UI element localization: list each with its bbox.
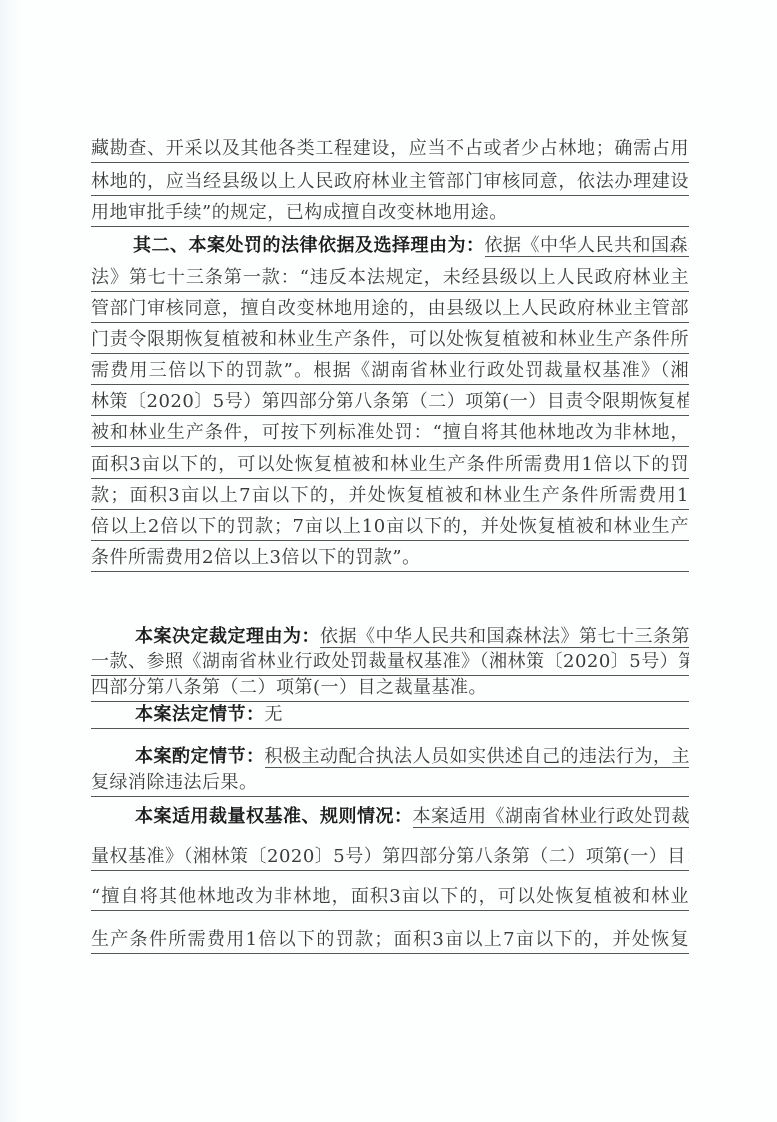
text-line: “擅自将其他林地改为非林地，面积3亩以下的，可以处恢复植被和林业	[91, 884, 689, 911]
underlined-text: 林地的，应当经县级以上人民政府林业主管部门审核同意，依法办理建设	[91, 171, 689, 192]
underlined-text: 倍以上2倍以下的罚款；7亩以上10亩以下的，并处恢复植被和林业生产	[91, 516, 689, 537]
discretionary-circumstances-label: 本案酌定情节：	[135, 746, 265, 767]
underlined-text: 量权基准》（湘林策〔2020〕5号）第四部分第八条第（二）项第(一）目：	[91, 846, 689, 867]
underlined-text: 四部分第八条第（二）项第(一）目之裁量基准。	[91, 677, 487, 698]
text-line: 面积3亩以下的，可以处恢复植被和林业生产条件所需费用1倍以下的罚	[91, 452, 689, 479]
text-line: 量权基准》（湘林策〔2020〕5号）第四部分第八条第（二）项第(一）目：	[91, 844, 689, 871]
text-line: 倍以上2倍以下的罚款；7亩以上10亩以下的，并处恢复植被和林业生产	[91, 514, 689, 541]
underlined-text: 款；面积3亩以上7亩以下的，并处恢复植被和林业生产条件所需费用1	[91, 485, 689, 506]
underlined-text: 用地审批手续”的规定，已构成擅自改变林地用途。	[91, 202, 508, 223]
underlined-text: 生产条件所需费用1倍以下的罚款；面积3亩以上7亩以下的，并处恢复	[91, 929, 689, 950]
section-two-heading-line: 其二、本案处罚的法律依据及选择理由为：依据《中华人民共和国森林	[91, 233, 689, 259]
text-line: 门责令限期恢复植被和林业生产条件，可以处恢复植被和林业生产条件所	[91, 327, 689, 354]
text-line: 一款、参照《湖南省林业行政处罚裁量权基准》（湘林策〔2020〕5号）第	[91, 649, 689, 676]
scan-edge-shadow	[0, 0, 22, 1122]
applicable-benchmark-heading-line: 本案适用裁量权基准、规则情况：本案适用《湖南省林业行政处罚裁	[91, 804, 689, 830]
statutory-circumstances-label: 本案法定情节：	[135, 704, 265, 725]
underlined-text: 法》第七十三条第一款：“违反本法规定，未经县级以上人民政府林业主	[91, 267, 689, 288]
decision-reason-label: 本案决定裁定理由为：	[135, 626, 320, 647]
underlined-text: 藏勘查、开采以及其他各类工程建设，应当不占或者少占林地；确需占用	[91, 138, 689, 159]
underlined-text: 积极主动配合执法人员如实供述自己的违法行为，主动	[265, 746, 690, 768]
statutory-circumstances-value: 无	[265, 704, 284, 725]
applicable-benchmark-label: 本案适用裁量权基准、规则情况：	[135, 806, 413, 827]
decision-reason-heading-line: 本案决定裁定理由为：依据《中华人民共和国森林法》第七十三条第	[91, 624, 689, 650]
discretionary-circumstances-heading-line: 本案酌定情节：积极主动配合执法人员如实供述自己的违法行为，主动	[91, 744, 689, 770]
document-page: 藏勘查、开采以及其他各类工程建设，应当不占或者少占林地；确需占用 林地的，应当经…	[0, 0, 777, 1122]
underlined-text: “擅自将其他林地改为非林地，面积3亩以下的，可以处恢复植被和林业	[91, 886, 689, 907]
underlined-text: 林策〔2020〕5号）第四部分第八条第（二）项第(一）目责令限期恢复植	[91, 391, 689, 412]
text-line: 林地的，应当经县级以上人民政府林业主管部门审核同意，依法办理建设	[91, 169, 689, 196]
text-line: 四部分第八条第（二）项第(一）目之裁量基准。	[91, 675, 689, 702]
underlined-text: 条件所需费用2倍以上3倍以下的罚款”。	[91, 547, 421, 568]
underlined-text: 依据《中华人民共和国森林法》第七十三条第	[320, 626, 689, 648]
underlined-text: 一款、参照《湖南省林业行政处罚裁量权基准》（湘林策〔2020〕5号）第	[91, 651, 689, 672]
text-line: 法》第七十三条第一款：“违反本法规定，未经县级以上人民政府林业主	[91, 265, 689, 292]
text-line: 被和林业生产条件，可按下列标准处罚：“擅自将其他林地改为非林地，	[91, 420, 689, 447]
statutory-circumstances-line: 本案法定情节：无	[91, 702, 689, 729]
underlined-text: 依据《中华人民共和国森林	[485, 235, 690, 257]
underlined-text: 面积3亩以下的，可以处恢复植被和林业生产条件所需费用1倍以下的罚	[91, 454, 689, 475]
text-line: 需费用三倍以下的罚款”。根据《湖南省林业行政处罚裁量权基准》（湘	[91, 358, 689, 385]
text-line: 林策〔2020〕5号）第四部分第八条第（二）项第(一）目责令限期恢复植	[91, 389, 689, 416]
text-line: 生产条件所需费用1倍以下的罚款；面积3亩以上7亩以下的，并处恢复	[91, 927, 689, 954]
underlined-text: 需费用三倍以下的罚款”。根据《湖南省林业行政处罚裁量权基准》（湘	[91, 360, 689, 381]
text-line: 管部门审核同意，擅自改变林地用途的，由县级以上人民政府林业主管部	[91, 296, 689, 323]
text-line: 款；面积3亩以上7亩以下的，并处恢复植被和林业生产条件所需费用1	[91, 483, 689, 510]
text-line: 条件所需费用2倍以上3倍以下的罚款”。	[91, 545, 689, 572]
section-two-label: 其二、本案处罚的法律依据及选择理由为：	[133, 235, 485, 256]
text-line: 复绿消除违法后果。	[91, 770, 689, 797]
text-line: 藏勘查、开采以及其他各类工程建设，应当不占或者少占林地；确需占用	[91, 136, 689, 163]
underlined-text: 被和林业生产条件，可按下列标准处罚：“擅自将其他林地改为非林地，	[91, 422, 689, 443]
text-line: 用地审批手续”的规定，已构成擅自改变林地用途。	[91, 200, 689, 227]
underlined-text: 管部门审核同意，擅自改变林地用途的，由县级以上人民政府林业主管部	[91, 298, 689, 319]
underlined-text: 本案适用《湖南省林业行政处罚裁	[413, 806, 690, 828]
underlined-text: 门责令限期恢复植被和林业生产条件，可以处恢复植被和林业生产条件所	[91, 329, 689, 350]
underlined-text: 复绿消除违法后果。	[91, 772, 258, 793]
